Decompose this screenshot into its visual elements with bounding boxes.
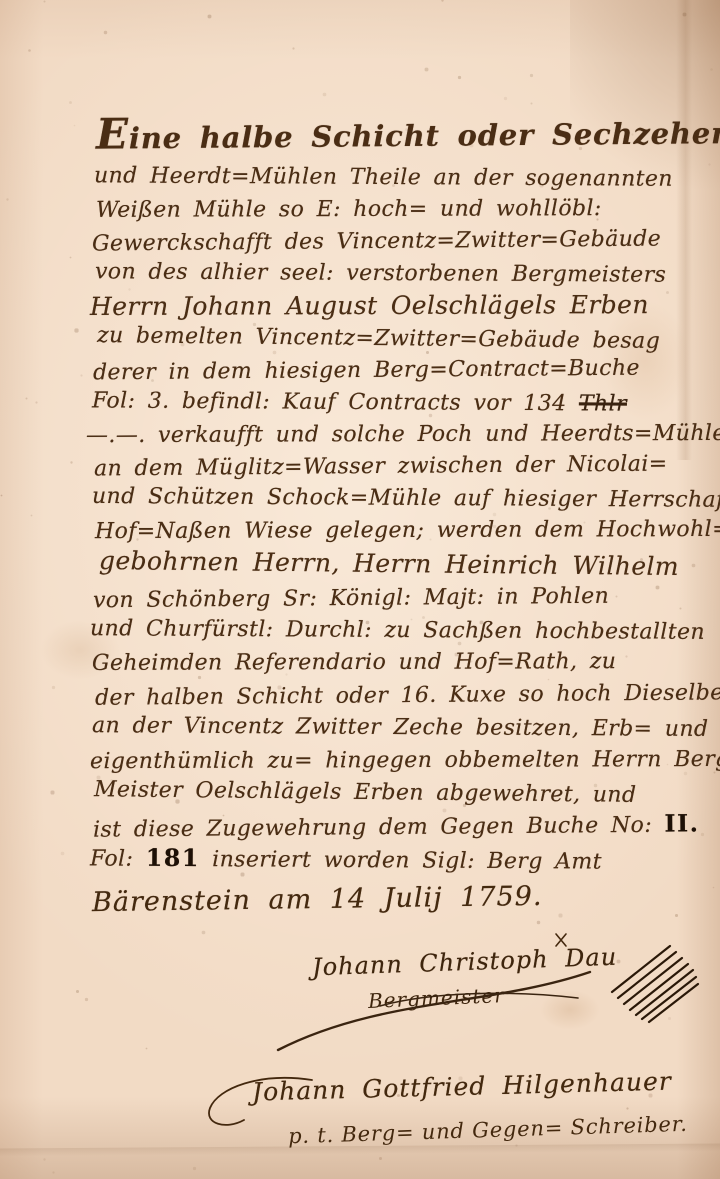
- gegenbuch-number: II.: [664, 809, 699, 837]
- folio-number: 181: [146, 844, 200, 872]
- manuscript-line: an der Vincentz Zwitter Zeche besitzen, …: [92, 713, 709, 742]
- manuscript-line: und Churfürstl: Durchl: zu Sachßen hochb…: [90, 616, 705, 645]
- manuscript-page: Eine halbe Schicht oder Sechzehen Kuxe P…: [0, 0, 720, 1179]
- line-text: ist diese Zugewehrung dem Gegen Buche No…: [93, 813, 665, 843]
- paper-speckles: [0, 0, 1, 1]
- signature-flourish-icon: [260, 928, 700, 1063]
- manuscript-line: Fol: 181 inseriert worden Sigl: Berg Amt: [90, 843, 602, 874]
- manuscript-line: derer in dem hiesigen Berg=Contract=Buch…: [93, 356, 640, 386]
- manuscript-line: an dem Müglitz=Wasser zwischen der Nicol…: [94, 451, 668, 481]
- manuscript-line: der halben Schicht oder 16. Kuxe so hoch…: [95, 680, 720, 711]
- manuscript-heading-line: Eine halbe Schicht oder Sechzehen Kuxe P…: [96, 102, 720, 158]
- manuscript-line: von Schönberg Sr: Königl: Majt: in Pohle…: [93, 584, 609, 614]
- manuscript-line: eigenthümlich zu= hingegen obbemelten He…: [90, 747, 720, 774]
- manuscript-line: ist diese Zugewehrung dem Gegen Buche No…: [93, 809, 700, 842]
- schreiber-title: p. t. Berg= und Gegen= Schreiber.: [288, 1112, 688, 1149]
- manuscript-line: —.—. verkaufft und solche Poch und Heerd…: [86, 421, 720, 448]
- line-text: Fol: 3. befindl: Kauf Contracts vor 134: [92, 388, 579, 416]
- line-text: inseriert worden Sigl: Berg Amt: [200, 847, 602, 874]
- manuscript-line: gebohrnen Herrn, Herrn Heinrich Wilhelm: [99, 546, 679, 581]
- manuscript-line: und Heerdt=Mühlen Theile an der sogenann…: [94, 163, 673, 192]
- manuscript-line: Weißen Mühle so E: hoch= und wohllöbl:: [96, 196, 602, 223]
- manuscript-line: und Schützen Schock=Mühle auf hiesiger H…: [92, 484, 720, 513]
- manuscript-line: Geheimden Referendario und Hof=Rath, zu: [92, 649, 616, 676]
- dateline: Bärenstein am 14 Julij 1759.: [92, 881, 543, 918]
- line-text: Fol:: [90, 846, 146, 871]
- manuscript-line: Meister Oelschlägels Erben abgewehret, u…: [94, 777, 637, 808]
- manuscript-line: Herrn Johann August Oelschlägels Erben: [90, 290, 649, 321]
- signature-initial-flourish-icon: [200, 1066, 320, 1136]
- manuscript-line: Fol: 3. befindl: Kauf Contracts vor 134 …: [92, 388, 627, 416]
- manuscript-line: Hof=Naßen Wiese gelegen; werden dem Hoch…: [95, 517, 720, 544]
- manuscript-line: zu bemelten Vincentz=Zwitter=Gebäude bes…: [97, 323, 660, 354]
- struck-amount: Thlr: [579, 391, 627, 416]
- manuscript-line: Gewerckschafft des Vincentz=Zwitter=Gebä…: [92, 227, 661, 257]
- manuscript-line: von des alhier seel: verstorbenen Bergme…: [95, 259, 666, 287]
